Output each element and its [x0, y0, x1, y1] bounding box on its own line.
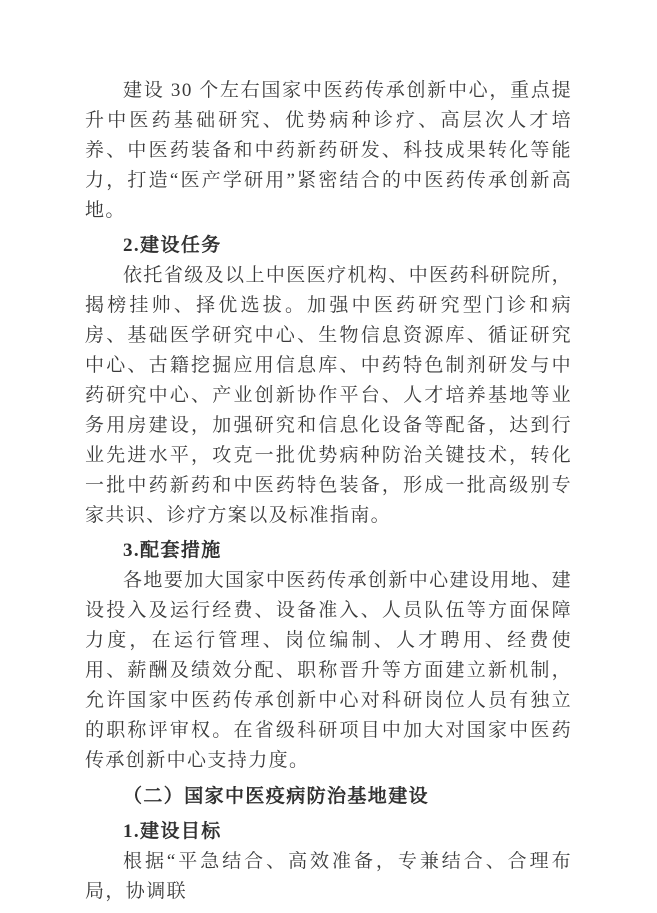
document-body: 建设 30 个左右国家中医药传承创新中心，重点提升中医药基础研究、优势病种诊疗、…	[85, 76, 572, 907]
document-page: 建设 30 个左右国家中医药传承创新中心，重点提升中医药基础研究、优势病种诊疗、…	[0, 0, 657, 913]
section-heading-epidemic-prevention-base: （二）国家中医疫病防治基地建设	[85, 782, 572, 812]
paragraph-supporting-measures-detail: 各地要加大国家中医药传承创新中心建设用地、建设投入及运行经费、设备准入、人员队伍…	[85, 566, 572, 776]
numbered-heading-construction-goals: 1.建设目标	[85, 817, 572, 847]
paragraph-construction-tasks-detail: 依托省级及以上中医医疗机构、中医药科研院所，揭榜挂帅、择优选拔。加强中医药研究型…	[85, 261, 572, 531]
numbered-heading-construction-tasks: 2.建设任务	[85, 231, 572, 261]
numbered-heading-supporting-measures: 3.配套措施	[85, 536, 572, 566]
paragraph-construction-goals-detail: 根据“平急结合、高效准备，专兼结合、合理布局，协调联	[85, 847, 572, 907]
paragraph-innovation-center-goal: 建设 30 个左右国家中医药传承创新中心，重点提升中医药基础研究、优势病种诊疗、…	[85, 76, 572, 226]
